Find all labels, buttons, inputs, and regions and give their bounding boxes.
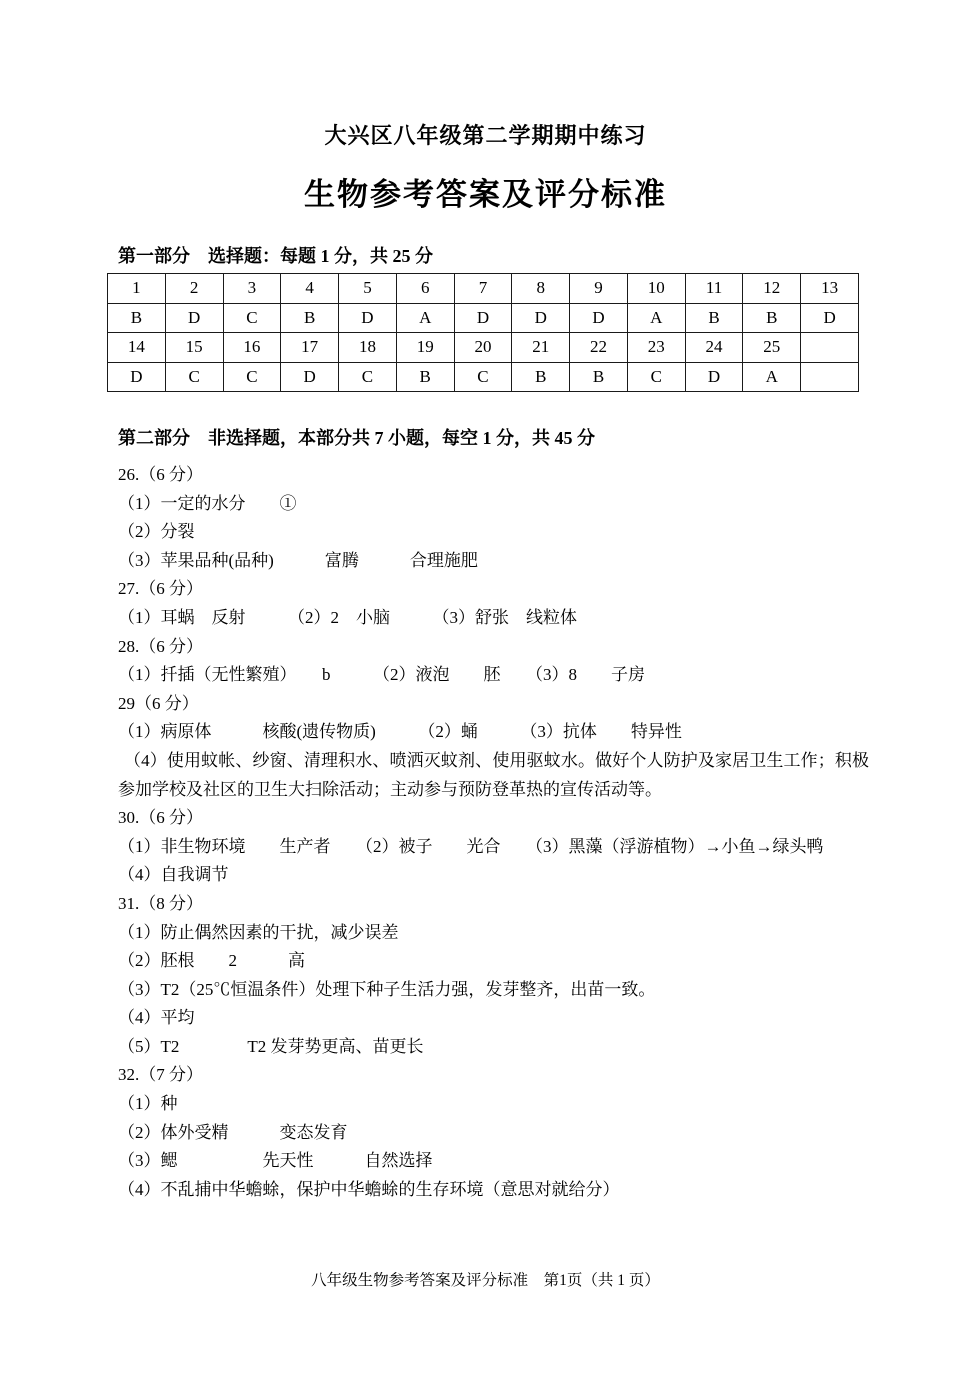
answer-table-cell: B [281, 303, 339, 333]
answer-table-cell: 14 [108, 333, 166, 363]
answer-line: （4）平均 [107, 1004, 871, 1033]
part2-answers: 26.（6 分）（1）一定的水分 ①（2）分裂（3）苹果品种(品种) 富腾 合理… [107, 461, 871, 1204]
answer-line: （1）种 [107, 1090, 871, 1119]
multiple-choice-answer-table: 12345678910111213BDCBDADDDABBD1415161718… [107, 273, 859, 392]
question-number: 26.（6 分） [107, 461, 871, 490]
page-footer: 八年级生物参考答案及评分标准 第1页（共 1 页） [0, 1271, 971, 1291]
answer-line: （3）苹果品种(品种) 富腾 合理施肥 [107, 547, 871, 576]
answer-table-cell: 18 [339, 333, 397, 363]
answer-table-cell: D [454, 303, 512, 333]
answer-table-cell: C [627, 362, 685, 392]
answer-line: （1）病原体 核酸(遗传物质) （2）蛹 （3）抗体 特异性 [107, 718, 871, 747]
question-number: 30.（6 分） [107, 804, 871, 833]
answer-table-cell: D [339, 303, 397, 333]
answer-line: （4）不乱捕中华蟾蜍，保护中华蟾蜍的生存环境（意思对就给分） [107, 1176, 871, 1205]
answer-table-cell: 25 [743, 333, 801, 363]
answer-table-cell: 12 [743, 274, 801, 304]
answer-table-cell: 16 [223, 333, 281, 363]
answer-table-cell: A [396, 303, 454, 333]
question-number: 27.（6 分） [107, 575, 871, 604]
answer-line: （2）胚根 2 高 [107, 947, 871, 976]
answer-table-cell: B [570, 362, 628, 392]
answer-line: （1）防止偶然因素的干扰，减少误差 [107, 919, 871, 948]
answer-table-cell: 24 [685, 333, 743, 363]
answer-line: （1）扦插（无性繁殖） b （2）液泡 胚 （3）8 子房 [107, 661, 871, 690]
answer-table-cell: C [339, 362, 397, 392]
answer-line: （2）分裂 [107, 518, 871, 547]
document-page: 大兴区八年级第二学期期中练习 生物参考答案及评分标准 第一部分 选择题：每题 1… [0, 0, 971, 1373]
answer-table-cell: 10 [627, 274, 685, 304]
answer-table-cell: B [108, 303, 166, 333]
document-title: 大兴区八年级第二学期期中练习 [0, 0, 971, 149]
question-number: 28.（6 分） [107, 633, 871, 662]
answer-table-cell [801, 362, 859, 392]
part2-heading: 第二部分 非选择题，本部分共 7 小题，每空 1 分，共 45 分 [107, 424, 871, 453]
answer-table-cell: B [396, 362, 454, 392]
answer-table-cell: B [685, 303, 743, 333]
answer-table-cell: 13 [801, 274, 859, 304]
answer-table-row: DCCDCBCBBCDA [108, 362, 859, 392]
answer-table-cell: A [627, 303, 685, 333]
answer-table-cell: 17 [281, 333, 339, 363]
answer-table-cell: 21 [512, 333, 570, 363]
answer-table-row: 12345678910111213 [108, 274, 859, 304]
answer-line: （3）T2（25℃恒温条件）处理下种子生活力强，发芽整齐，出苗一致。 [107, 976, 871, 1005]
answer-table-cell: B [512, 362, 570, 392]
answer-table-cell: 9 [570, 274, 628, 304]
answer-table-cell: D [108, 362, 166, 392]
answer-table-cell: 2 [165, 274, 223, 304]
answer-line: （4）使用蚊帐、纱窗、清理积水、喷洒灭蚊剂、使用驱蚊水。做好个人防护及家居卫生工… [107, 747, 871, 804]
answer-table-cell: C [223, 303, 281, 333]
answer-table-row: BDCBDADDDABBD [108, 303, 859, 333]
document-content: 第一部分 选择题：每题 1 分，共 25 分 12345678910111213… [0, 245, 971, 1204]
answer-table-cell: 6 [396, 274, 454, 304]
answer-table-cell: C [223, 362, 281, 392]
part1-heading: 第一部分 选择题：每题 1 分，共 25 分 [107, 245, 871, 267]
answer-line: （1）非生物环境 生产者 （2）被子 光合 （3）黑藻（浮游植物）→小鱼→绿头鸭 [107, 833, 871, 862]
answer-table-cell: D [570, 303, 628, 333]
answer-table-cell: 20 [454, 333, 512, 363]
question-number: 29（6 分） [107, 690, 871, 719]
answer-table-cell: 23 [627, 333, 685, 363]
answer-table-cell: 3 [223, 274, 281, 304]
answer-table-cell: C [454, 362, 512, 392]
question-number: 32.（7 分） [107, 1061, 871, 1090]
answer-line: （2）体外受精 变态发育 [107, 1119, 871, 1148]
answer-table-cell: 11 [685, 274, 743, 304]
answer-table-cell: 19 [396, 333, 454, 363]
answer-table-row: 141516171819202122232425 [108, 333, 859, 363]
answer-table-cell: 15 [165, 333, 223, 363]
answer-table-cell: D [512, 303, 570, 333]
answer-line: （5）T2 T2 发芽势更高、苗更长 [107, 1033, 871, 1062]
answer-table-cell: D [685, 362, 743, 392]
answer-table-cell: A [743, 362, 801, 392]
document-subtitle: 生物参考答案及评分标准 [0, 176, 971, 214]
answer-table-cell [801, 333, 859, 363]
answer-table-cell: B [743, 303, 801, 333]
answer-table-cell: D [165, 303, 223, 333]
answer-table-cell: 4 [281, 274, 339, 304]
answer-table-cell: C [165, 362, 223, 392]
answer-line: （3）鳃 先天性 自然选择 [107, 1147, 871, 1176]
answer-table-cell: 8 [512, 274, 570, 304]
answer-table-cell: 5 [339, 274, 397, 304]
answer-line: （4）自我调节 [107, 861, 871, 890]
answer-table-cell: 7 [454, 274, 512, 304]
answer-table-cell: D [281, 362, 339, 392]
answer-line: （1）耳蜗 反射 （2）2 小脑 （3）舒张 线粒体 [107, 604, 871, 633]
question-number: 31.（8 分） [107, 890, 871, 919]
answer-table-cell: 22 [570, 333, 628, 363]
answer-table-cell: 1 [108, 274, 166, 304]
answer-table-cell: D [801, 303, 859, 333]
answer-line: （1）一定的水分 ① [107, 490, 871, 519]
